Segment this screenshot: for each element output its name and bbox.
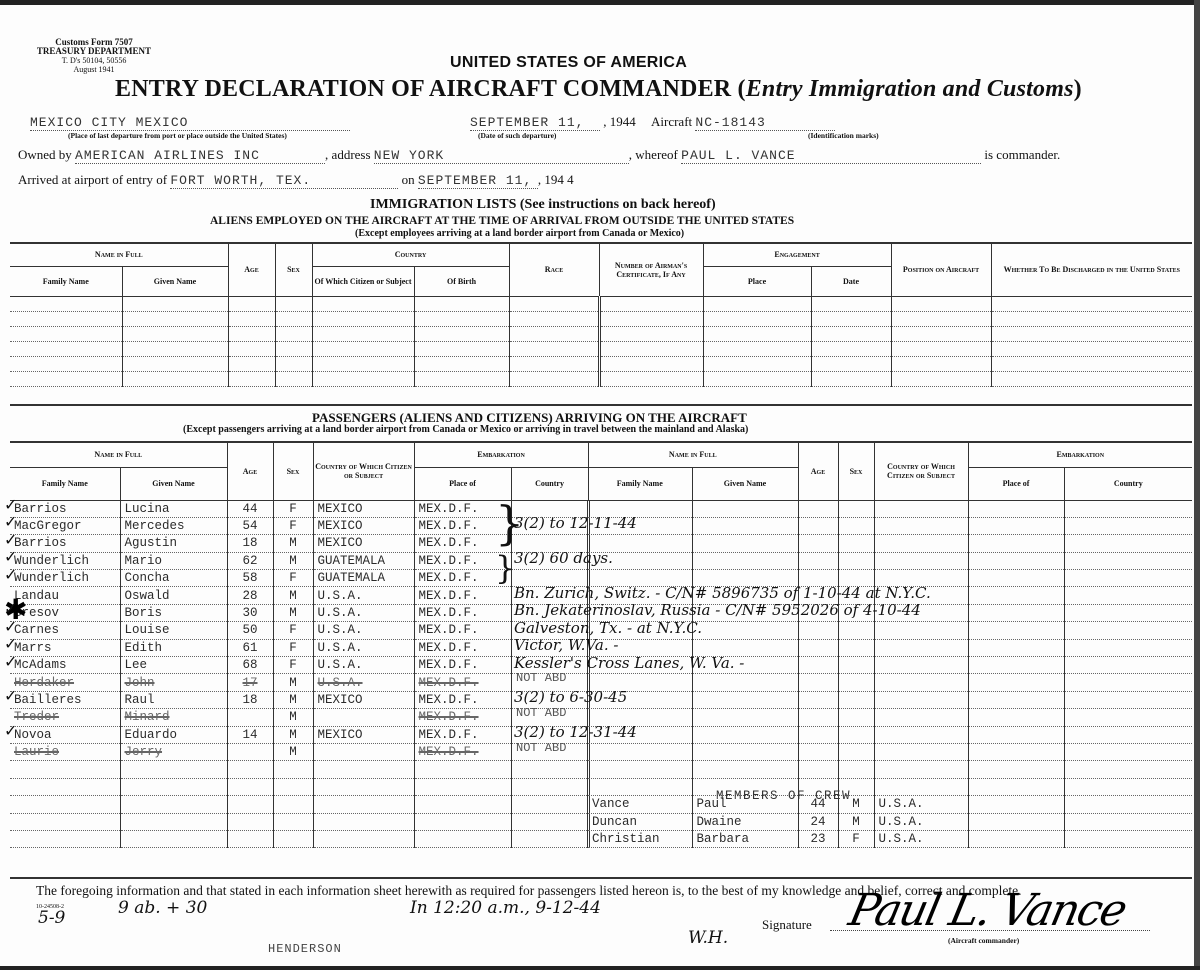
header-sex-right: Sex — [838, 443, 874, 500]
check-mark-icon: ✓ — [4, 565, 17, 584]
family-name-cell: Barrios — [10, 535, 120, 552]
table-row — [10, 796, 588, 813]
table-row — [588, 778, 1192, 795]
family-name-cell: Duncan — [588, 813, 692, 830]
immigration-title: IMMIGRATION LISTS (See instructions on b… — [370, 197, 716, 213]
header-discharged: Whether To Be Discharged in the United S… — [991, 244, 1192, 296]
table-row — [588, 691, 1192, 708]
commander-name: PAUL L. VANCE — [681, 148, 981, 164]
sex-cell — [838, 517, 874, 534]
header-given-name-right: Given Name — [692, 467, 798, 500]
citizen-cell: MEXICO — [313, 691, 414, 708]
table-row — [588, 761, 1192, 778]
header-country: Country — [312, 244, 509, 266]
citizen-cell — [874, 743, 968, 760]
table-row: HerdakerJohn17MU.S.A.MEX.D.F. — [10, 674, 588, 691]
citizen-cell — [313, 743, 414, 760]
check-mark-icon: ✓ — [4, 617, 17, 636]
embark-place-cell: MEX.D.F. — [414, 674, 511, 691]
title-italic: Entry Immigration and Customs — [746, 76, 1074, 102]
embark-place-cell — [968, 604, 1064, 621]
embark-place-cell: MEX.D.F. — [414, 657, 511, 674]
embark-country-cell — [1064, 743, 1192, 760]
table-row — [10, 326, 1192, 341]
header-engagement-place: Place — [703, 266, 811, 296]
header-age: Age — [228, 244, 275, 296]
sex-cell — [273, 796, 313, 813]
citizen-cell: MEXICO — [313, 500, 414, 517]
header-name-in-full: Name in Full — [10, 443, 227, 467]
header-given-name: Given Name — [122, 266, 228, 296]
citizen-cell — [874, 691, 968, 708]
header-of-birth: Of Birth — [414, 266, 509, 296]
header-family-name: Family Name — [10, 467, 120, 500]
citizen-cell: MEXICO — [313, 535, 414, 552]
commander-suffix: is commander. — [984, 147, 1060, 162]
embark-country-cell — [511, 830, 588, 847]
embark-place-cell — [968, 813, 1064, 830]
header-name-in-full: Name in Full — [10, 244, 228, 266]
check-mark-icon: ✓ — [4, 686, 17, 705]
sex-cell: M — [838, 813, 874, 830]
citizen-cell: GUATEMALA — [313, 552, 414, 569]
embark-place-cell — [414, 830, 511, 847]
arrival-airport: FORT WORTH, TEX. — [170, 173, 398, 189]
handwritten-note: Kessler's Cross Lanes, W. Va. - — [514, 654, 744, 672]
table-row — [10, 778, 588, 795]
immigration-table-bottom-rule — [10, 404, 1192, 406]
embark-place-cell — [968, 500, 1064, 517]
sex-cell — [838, 500, 874, 517]
embark-country-cell — [1064, 830, 1192, 847]
handwritten-note: Bn. Zurich, Switz. - C/N# 5896735 of 1-1… — [514, 584, 931, 602]
age-cell — [798, 743, 838, 760]
header-family-name-right: Family Name — [588, 467, 692, 500]
citizen-cell — [874, 535, 968, 552]
crew-heading: MEMBERS OF CREW — [716, 789, 851, 803]
age-cell — [798, 657, 838, 674]
family-name-cell — [588, 761, 692, 778]
embark-country-cell — [1064, 535, 1192, 552]
embark-place-cell: MEX.D.F. — [414, 726, 511, 743]
check-mark-icon: ✓ — [4, 721, 17, 740]
citizen-cell — [874, 726, 968, 743]
family-name-cell — [10, 813, 120, 830]
header-citizen-of: Of Which Citizen or Subject — [312, 266, 414, 296]
embark-place-cell — [968, 796, 1064, 813]
age-cell: 18 — [227, 691, 273, 708]
citizen-cell: MEXICO — [313, 726, 414, 743]
embark-country-cell — [1064, 500, 1192, 517]
embark-country-cell — [1064, 726, 1192, 743]
embark-place-cell: MEX.D.F. — [414, 604, 511, 621]
given-name-cell: Louise — [120, 622, 227, 639]
age-cell — [798, 535, 838, 552]
citizen-cell: U.S.A. — [313, 657, 414, 674]
family-name-cell: Treder — [10, 709, 120, 726]
age-cell — [227, 743, 273, 760]
family-name-cell: Wunderlich — [10, 552, 120, 569]
citizen-cell: U.S.A. — [313, 639, 414, 656]
embark-country-cell — [1064, 691, 1192, 708]
family-name-cell: Novoa — [10, 726, 120, 743]
handwritten-note: Bn. Jekaterinoslav, Russia - C/N# 595202… — [514, 601, 921, 619]
citizen-cell — [874, 552, 968, 569]
signature-label: Signature — [762, 917, 812, 933]
embark-place-cell — [968, 674, 1064, 691]
given-name-cell: Barbara — [692, 830, 798, 847]
embark-country-cell — [1064, 639, 1192, 656]
age-cell — [798, 639, 838, 656]
citizen-cell — [313, 813, 414, 830]
owner-label: Owned by — [18, 147, 72, 162]
sex-cell — [838, 674, 874, 691]
given-name-cell — [692, 500, 798, 517]
age-cell: 30 — [227, 604, 273, 621]
header-embark-country-right: Country — [1064, 467, 1192, 500]
citizen-cell: U.S.A. — [313, 604, 414, 621]
table-row — [10, 296, 1192, 311]
family-name-cell: Marrs — [10, 639, 120, 656]
handwritten-arrival-time: In 12:20 a.m., 9-12-44 — [410, 898, 601, 918]
header-sex: Sex — [275, 244, 312, 296]
passengers-note: (Except passengers arriving at a land bo… — [183, 424, 748, 435]
citizen-cell — [874, 778, 968, 795]
family-name-cell: Wunderlich — [10, 570, 120, 587]
citizen-cell — [874, 639, 968, 656]
check-mark-icon: ✓ — [4, 547, 17, 566]
embark-place-cell — [414, 778, 511, 795]
departure-date-line: SEPTEMBER 11, , 1944 Aircraft NC-18143 — [470, 114, 835, 131]
given-name-cell: Lucina — [120, 500, 227, 517]
sex-cell: M — [273, 743, 313, 760]
age-cell — [798, 674, 838, 691]
sex-cell — [838, 726, 874, 743]
embark-country-cell — [1064, 657, 1192, 674]
family-name-cell — [10, 830, 120, 847]
citizen-cell — [874, 657, 968, 674]
embark-country-cell — [1064, 570, 1192, 587]
age-cell: 61 — [227, 639, 273, 656]
given-name-cell: Oswald — [120, 587, 227, 604]
header-age-right: Age — [798, 443, 838, 500]
table-row — [588, 517, 1192, 534]
sex-cell — [838, 639, 874, 656]
family-name-cell: Vance — [588, 796, 692, 813]
embark-place-cell — [968, 778, 1064, 795]
citizen-cell: U.S.A. — [874, 830, 968, 847]
table-row — [588, 552, 1192, 569]
table-row: LaurieJerryMMEX.D.F. — [10, 743, 588, 760]
embark-place-cell — [968, 552, 1064, 569]
embark-place-cell — [968, 743, 1064, 760]
header-engagement: Engagement — [703, 244, 891, 266]
given-name-cell: John — [120, 674, 227, 691]
age-cell — [798, 709, 838, 726]
handwritten-count: 9 ab. + 30 — [118, 898, 207, 918]
departure-date-caption: (Date of such departure) — [478, 131, 556, 140]
table-row — [588, 726, 1192, 743]
embark-country-cell — [1064, 813, 1192, 830]
title-end: ) — [1074, 76, 1082, 102]
given-name-cell — [120, 778, 227, 795]
embark-place-cell — [968, 709, 1064, 726]
embark-place-cell: MEX.D.F. — [414, 587, 511, 604]
family-name-cell: Bailleres — [10, 691, 120, 708]
passengers-table-right: Name in Full Age Sex Country of Which Ci… — [588, 443, 1192, 848]
family-name-cell — [588, 743, 692, 760]
treasury-decisions: T. D's 50104, 50556 — [14, 56, 174, 65]
age-cell — [227, 796, 273, 813]
handwritten-note: Galveston, Tx. - at N.Y.C. — [514, 619, 702, 637]
arrival-date: SEPTEMBER 11, — [418, 173, 538, 189]
embark-place-cell — [968, 691, 1064, 708]
citizen-cell: U.S.A. — [313, 622, 414, 639]
age-cell: 54 — [227, 517, 273, 534]
table-row: McAdamsLee68FU.S.A.MEX.D.F. — [10, 657, 588, 674]
embark-place-cell — [968, 587, 1064, 604]
arrival-line: Arrived at airport of entry of FORT WORT… — [18, 172, 574, 189]
address-label: , address — [325, 147, 371, 162]
sex-cell — [838, 761, 874, 778]
sex-cell — [838, 622, 874, 639]
age-cell: 23 — [798, 830, 838, 847]
family-name-cell: MacGregor — [10, 517, 120, 534]
sex-cell: M — [273, 604, 313, 621]
embark-country-cell — [511, 778, 588, 795]
embark-country-cell — [1064, 709, 1192, 726]
handwritten-note: 3(2) to 6-30-45 — [514, 688, 627, 706]
age-cell: 58 — [227, 570, 273, 587]
sex-cell: F — [273, 570, 313, 587]
header-age: Age — [227, 443, 273, 500]
embark-country-cell — [1064, 622, 1192, 639]
header-race: Race — [509, 244, 599, 296]
family-name-cell: Christian — [588, 830, 692, 847]
embark-place-cell — [968, 639, 1064, 656]
embark-place-cell: MEX.D.F. — [414, 622, 511, 639]
commander-signature: Paul L. Vance — [845, 885, 1130, 936]
embark-place-cell — [414, 796, 511, 813]
embark-place-cell: MEX.D.F. — [414, 691, 511, 708]
sex-cell: M — [273, 726, 313, 743]
scan-edge-top — [0, 0, 1200, 5]
check-mark-icon: ✓ — [4, 530, 17, 549]
handwritten-code: 5-9 — [38, 908, 65, 928]
embark-country-cell — [1064, 674, 1192, 691]
age-cell — [798, 691, 838, 708]
given-name-cell — [692, 691, 798, 708]
given-name-cell — [692, 709, 798, 726]
header-embarkation-right: Embarkation — [968, 443, 1192, 467]
sex-cell: M — [273, 552, 313, 569]
given-name-cell — [692, 535, 798, 552]
embark-country-cell — [511, 761, 588, 778]
arrival-label: Arrived at airport of entry of — [18, 172, 167, 187]
embark-place-cell — [968, 726, 1064, 743]
owner-line: Owned by AMERICAN AIRLINES INC, address … — [18, 147, 1060, 164]
citizen-cell — [874, 500, 968, 517]
embark-place-cell — [968, 761, 1064, 778]
inspector-stamp: HENDERSON — [268, 942, 342, 956]
table-row — [588, 743, 1192, 760]
family-name-cell: Laurie — [10, 743, 120, 760]
sex-cell — [838, 743, 874, 760]
aircraft-label: Aircraft — [651, 114, 692, 129]
sex-cell: F — [838, 830, 874, 847]
sex-cell — [273, 813, 313, 830]
handwritten-note: Victor, W.Va. - — [514, 636, 618, 654]
embark-place-cell: MEX.D.F. — [414, 709, 511, 726]
embark-place-cell: MEX.D.F. — [414, 639, 511, 656]
citizen-cell — [874, 761, 968, 778]
aircraft-id-caption: (Identification marks) — [808, 131, 879, 140]
table-row: LandauOswald28MU.S.A.MEX.D.F. — [10, 587, 588, 604]
department: TREASURY DEPARTMENT — [14, 47, 174, 56]
passenger-rows-right: VancePaul44MU.S.A.DuncanDwaine24MU.S.A.C… — [588, 500, 1192, 848]
embark-place-cell — [968, 570, 1064, 587]
sex-cell: F — [273, 500, 313, 517]
header-citizen-of: Country of Which Citizen or Subject — [313, 443, 414, 500]
age-cell: 14 — [227, 726, 273, 743]
given-name-cell — [692, 743, 798, 760]
header-citizen-of-right: Country of Which Citizen or Subject — [874, 443, 968, 500]
age-cell — [798, 517, 838, 534]
sex-cell: F — [273, 657, 313, 674]
given-name-cell: Eduardo — [120, 726, 227, 743]
sex-cell — [838, 552, 874, 569]
given-name-cell: Boris — [120, 604, 227, 621]
embark-country-cell — [1064, 778, 1192, 795]
age-cell: 62 — [227, 552, 273, 569]
embark-place-cell — [414, 761, 511, 778]
age-cell: 24 — [798, 813, 838, 830]
handwritten-note: 3(2) to 12-11-44 — [514, 514, 637, 532]
embark-place-cell — [968, 535, 1064, 552]
table-row — [10, 371, 1192, 386]
age-cell — [798, 761, 838, 778]
age-cell: 17 — [227, 674, 273, 691]
given-name-cell — [120, 813, 227, 830]
check-mark-icon: ✓ — [4, 599, 17, 618]
table-row: VancePaul44MU.S.A. — [588, 796, 1192, 813]
table-row — [10, 813, 588, 830]
embark-country-cell — [1064, 587, 1192, 604]
embark-country-cell — [1064, 761, 1192, 778]
departure-place: MEXICO CITY MEXICO — [30, 115, 350, 131]
table-row: CarnesLouise50FU.S.A.MEX.D.F. — [10, 622, 588, 639]
check-mark-icon: ✓ — [4, 652, 17, 671]
citizen-cell — [313, 796, 414, 813]
citizen-cell: U.S.A. — [874, 796, 968, 813]
whereof-label: , whereof — [629, 147, 678, 162]
departure-date: SEPTEMBER 11, — [470, 115, 600, 131]
sex-cell — [838, 709, 874, 726]
age-cell — [798, 622, 838, 639]
scan-edge-bottom — [0, 966, 1200, 970]
embark-place-cell — [968, 622, 1064, 639]
header-position: Position on Aircraft — [891, 244, 991, 296]
header-certificate: Number of Airman's Certificate, If Any — [599, 244, 703, 296]
embark-country-cell — [1064, 517, 1192, 534]
embark-place-cell — [968, 657, 1064, 674]
table-row: DuncanDwaine24MU.S.A. — [588, 813, 1192, 830]
citizen-cell — [874, 674, 968, 691]
table-row: NovoaEduardo14MMEXICOMEX.D.F. — [10, 726, 588, 743]
age-cell — [227, 813, 273, 830]
age-cell: 44 — [227, 500, 273, 517]
form-identifier: Customs Form 7507 TREASURY DEPARTMENT T.… — [14, 38, 174, 74]
country-title: UNITED STATES OF AMERICA — [450, 54, 687, 72]
given-name-cell — [120, 761, 227, 778]
table-row — [588, 709, 1192, 726]
age-cell: 28 — [227, 587, 273, 604]
owner-address: NEW YORK — [374, 148, 629, 164]
family-name-cell: Barrios — [10, 500, 120, 517]
given-name-cell: Minard — [120, 709, 227, 726]
signature-caption: (Aircraft commander) — [948, 936, 1019, 945]
given-name-cell — [692, 517, 798, 534]
given-name-cell: Mario — [120, 552, 227, 569]
page-title: ENTRY DECLARATION OF AIRCRAFT COMMANDER … — [115, 76, 1082, 103]
family-name-cell: Herdaker — [10, 674, 120, 691]
aliens-employed-table: Name in Full Age Sex Country Race Number… — [10, 244, 1192, 387]
citizen-cell: U.S.A. — [313, 674, 414, 691]
embark-country-cell — [1064, 604, 1192, 621]
embark-country-cell — [1064, 552, 1192, 569]
age-cell — [227, 709, 273, 726]
handwritten-note: 3(2) 60 days. — [514, 549, 613, 567]
scan-edge-right — [1194, 0, 1200, 970]
citizen-cell — [874, 709, 968, 726]
given-name-cell: Jerry — [120, 743, 227, 760]
table-row — [10, 341, 1192, 356]
table-row: MarrsEdith61FU.S.A.MEX.D.F. — [10, 639, 588, 656]
departure-line: MEXICO CITY MEXICO — [30, 114, 350, 131]
immigration-subtitle: ALIENS EMPLOYED ON THE AIRCRAFT AT THE T… — [210, 215, 794, 227]
given-name-cell — [120, 796, 227, 813]
given-name-cell: Lee — [120, 657, 227, 674]
citizen-cell — [313, 709, 414, 726]
given-name-cell — [692, 552, 798, 569]
embark-country-cell — [511, 796, 588, 813]
given-name-cell — [692, 674, 798, 691]
arrival-on-label: on — [402, 172, 415, 187]
handwritten-note: NOT ABD — [516, 671, 566, 685]
header-family-name: Family Name — [10, 266, 122, 296]
handwritten-note: NOT ABD — [516, 706, 566, 720]
given-name-cell — [692, 761, 798, 778]
header-embarkation: Embarkation — [414, 443, 588, 467]
embark-country-cell — [1064, 796, 1192, 813]
sex-cell — [273, 761, 313, 778]
age-cell: 18 — [227, 535, 273, 552]
handwritten-initials: W.H. — [688, 928, 728, 948]
check-mark-icon: ✓ — [4, 495, 17, 514]
sex-cell: M — [273, 691, 313, 708]
sex-cell — [838, 535, 874, 552]
brace-icon: } — [495, 552, 515, 584]
table-row — [10, 311, 1192, 326]
age-cell — [227, 830, 273, 847]
age-cell: 68 — [227, 657, 273, 674]
citizen-cell — [313, 778, 414, 795]
sex-cell: F — [273, 639, 313, 656]
citizen-cell: GUATEMALA — [313, 570, 414, 587]
check-mark-icon: ✓ — [4, 634, 17, 653]
given-name-cell: Concha — [120, 570, 227, 587]
header-sex: Sex — [273, 443, 313, 500]
